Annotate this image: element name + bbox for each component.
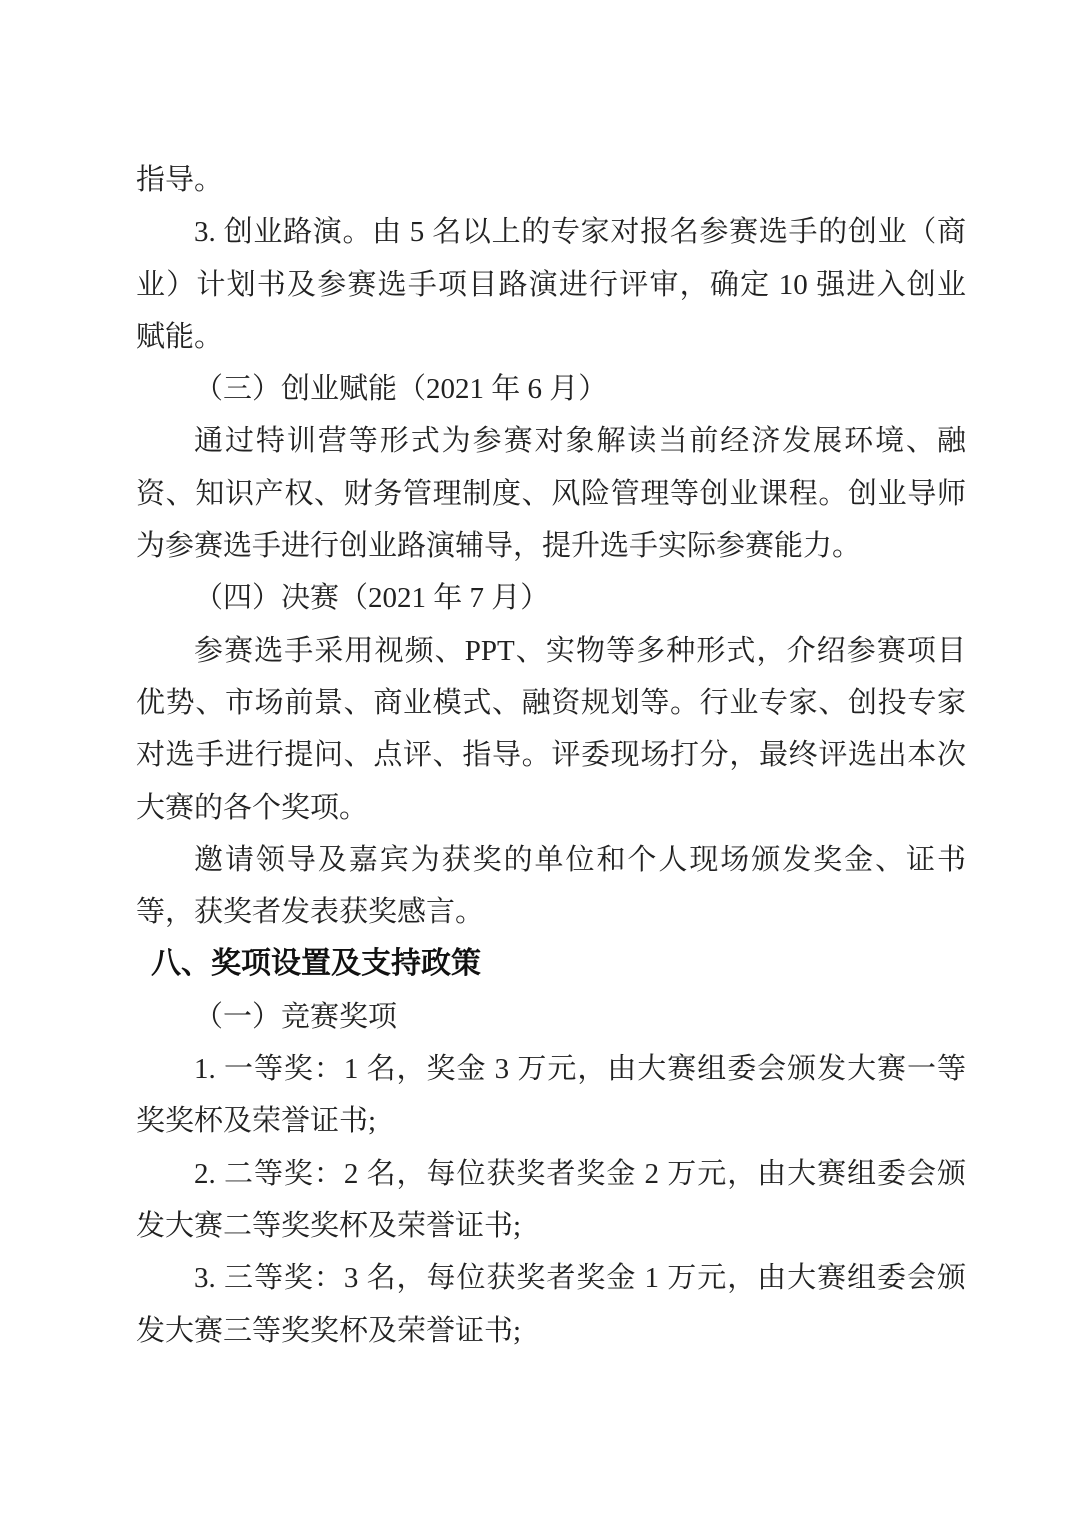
doc-line: 发大赛三等奖奖杯及荣誉证书; (136, 1305, 966, 1357)
doc-line: 1. 一等奖：1 名，奖金 3 万元，由大赛组委会颁发大赛一等 (136, 1043, 966, 1095)
doc-line: 为参赛选手进行创业路演辅导，提升选手实际参赛能力。 (136, 520, 966, 572)
doc-line: 发大赛二等奖奖杯及荣誉证书; (136, 1200, 966, 1252)
subsection-heading-final: （四）决赛（2021 年 7 月） (136, 572, 966, 624)
doc-line: 等，获奖者发表获奖感言。 (136, 886, 966, 938)
doc-line: 对选手进行提问、点评、指导。评委现场打分，最终评选出本次 (136, 729, 966, 781)
doc-line: 2. 二等奖：2 名，每位获奖者奖金 2 万元，由大赛组委会颁 (136, 1148, 966, 1200)
doc-line: 邀请领导及嘉宾为获奖的单位和个人现场颁发奖金、证书 (136, 834, 966, 886)
doc-line: 通过特训营等形式为参赛对象解读当前经济发展环境、融 (136, 415, 966, 467)
doc-line: 赋能。 (136, 311, 966, 363)
document-body: 指导。 3. 创业路演。由 5 名以上的专家对报名参赛选手的创业（商 业）计划书… (136, 154, 966, 1357)
doc-line: 3. 创业路演。由 5 名以上的专家对报名参赛选手的创业（商 (136, 206, 966, 258)
doc-line: 参赛选手采用视频、PPT、实物等多种形式，介绍参赛项目 (136, 625, 966, 677)
doc-line: 优势、市场前景、商业模式、融资规划等。行业专家、创投专家 (136, 677, 966, 729)
document-page: 指导。 3. 创业路演。由 5 名以上的专家对报名参赛选手的创业（商 业）计划书… (0, 0, 1080, 1527)
doc-line: 业）计划书及参赛选手项目路演进行评审，确定 10 强进入创业 (136, 259, 966, 311)
doc-line: 指导。 (136, 154, 966, 206)
doc-line: 大赛的各个奖项。 (136, 782, 966, 834)
doc-line: 3. 三等奖：3 名，每位获奖者奖金 1 万元，由大赛组委会颁 (136, 1252, 966, 1304)
subsection-heading-prizes: （一）竞赛奖项 (136, 991, 966, 1043)
doc-line: 奖奖杯及荣誉证书; (136, 1095, 966, 1147)
subsection-heading-empowerment: （三）创业赋能（2021 年 6 月） (136, 363, 966, 415)
doc-line: 资、知识产权、财务管理制度、风险管理等创业课程。创业导师 (136, 468, 966, 520)
section-heading-awards: 八、奖项设置及支持政策 (136, 938, 966, 990)
